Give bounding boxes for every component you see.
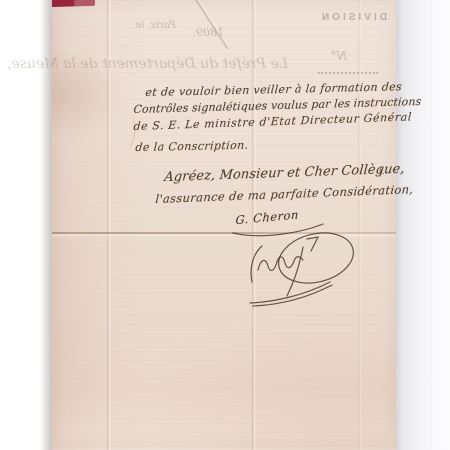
red-seal-mark [52, 0, 95, 7]
scanned-letter-page: DIVISION Paris, le 1809. N° Le Préfet du… [0, 0, 450, 450]
letter-closing-line: Agréez, Monsieur et Cher Collègue, [164, 162, 405, 185]
bleedthrough-year: 1809. [190, 26, 224, 39]
bleedthrough-dateline: Paris, le [114, 20, 176, 31]
bleedthrough-dotted-line [318, 72, 378, 74]
diagonal-top-crease [193, 0, 228, 50]
signature-flourish [225, 200, 370, 312]
bleedthrough-letterhead: Le Préfet du Département de la Meuse, [54, 56, 288, 72]
letter-body-line: de la Conscription. [135, 139, 249, 154]
scan-background-right [396, 0, 450, 450]
bleedthrough-numero-label: N° [327, 49, 347, 63]
bleedthrough-division-label: DIVISION [310, 12, 396, 23]
letter-paper: DIVISION Paris, le 1809. N° Le Préfet du… [52, 0, 396, 450]
